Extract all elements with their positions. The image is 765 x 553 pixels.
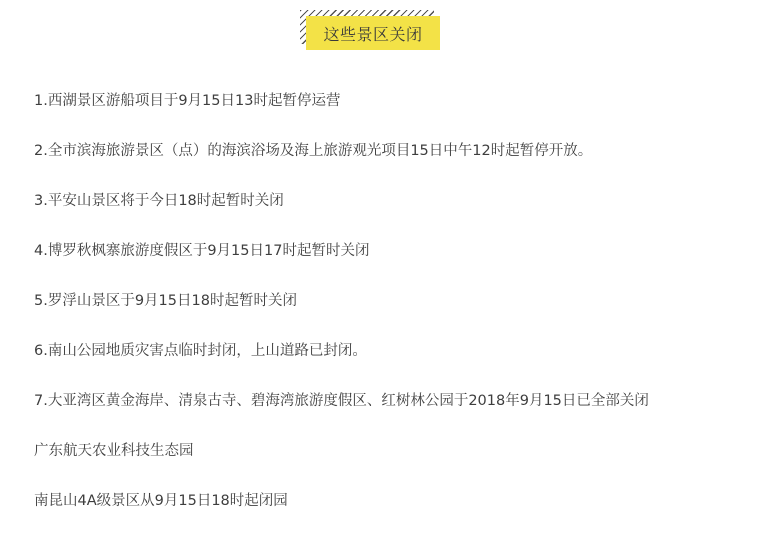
list-item: 2.全市滨海旅游景区（点）的海滨浴场及海上旅游观光项目15日中午12时起暂停开放… (34, 139, 734, 164)
list-item: 6.南山公园地质灾害点临时封闭，上山道路已封闭。 (34, 339, 734, 364)
list-item: 3.平安山景区将于今日18时起暂时关闭 (34, 189, 734, 214)
section-header: 这些景区关闭 (300, 10, 440, 50)
closure-list: 1.西湖景区游船项目于9月15日13时起暂停运营 2.全市滨海旅游景区（点）的海… (34, 89, 734, 539)
section-title: 这些景区关闭 (306, 16, 440, 50)
list-item: 1.西湖景区游船项目于9月15日13时起暂停运营 (34, 89, 734, 114)
list-item: 南昆山4A级景区从9月15日18时起闭园 (34, 489, 734, 514)
list-item: 广东航天农业科技生态园 (34, 439, 734, 464)
list-item: 4.博罗秋枫寨旅游度假区于9月15日17时起暂时关闭 (34, 239, 734, 264)
list-item: 7.大亚湾区黄金海岸、清泉古寺、碧海湾旅游度假区、红树林公园于2018年9月15… (34, 389, 734, 414)
list-item: 5.罗浮山景区于9月15日18时起暂时关闭 (34, 289, 734, 314)
